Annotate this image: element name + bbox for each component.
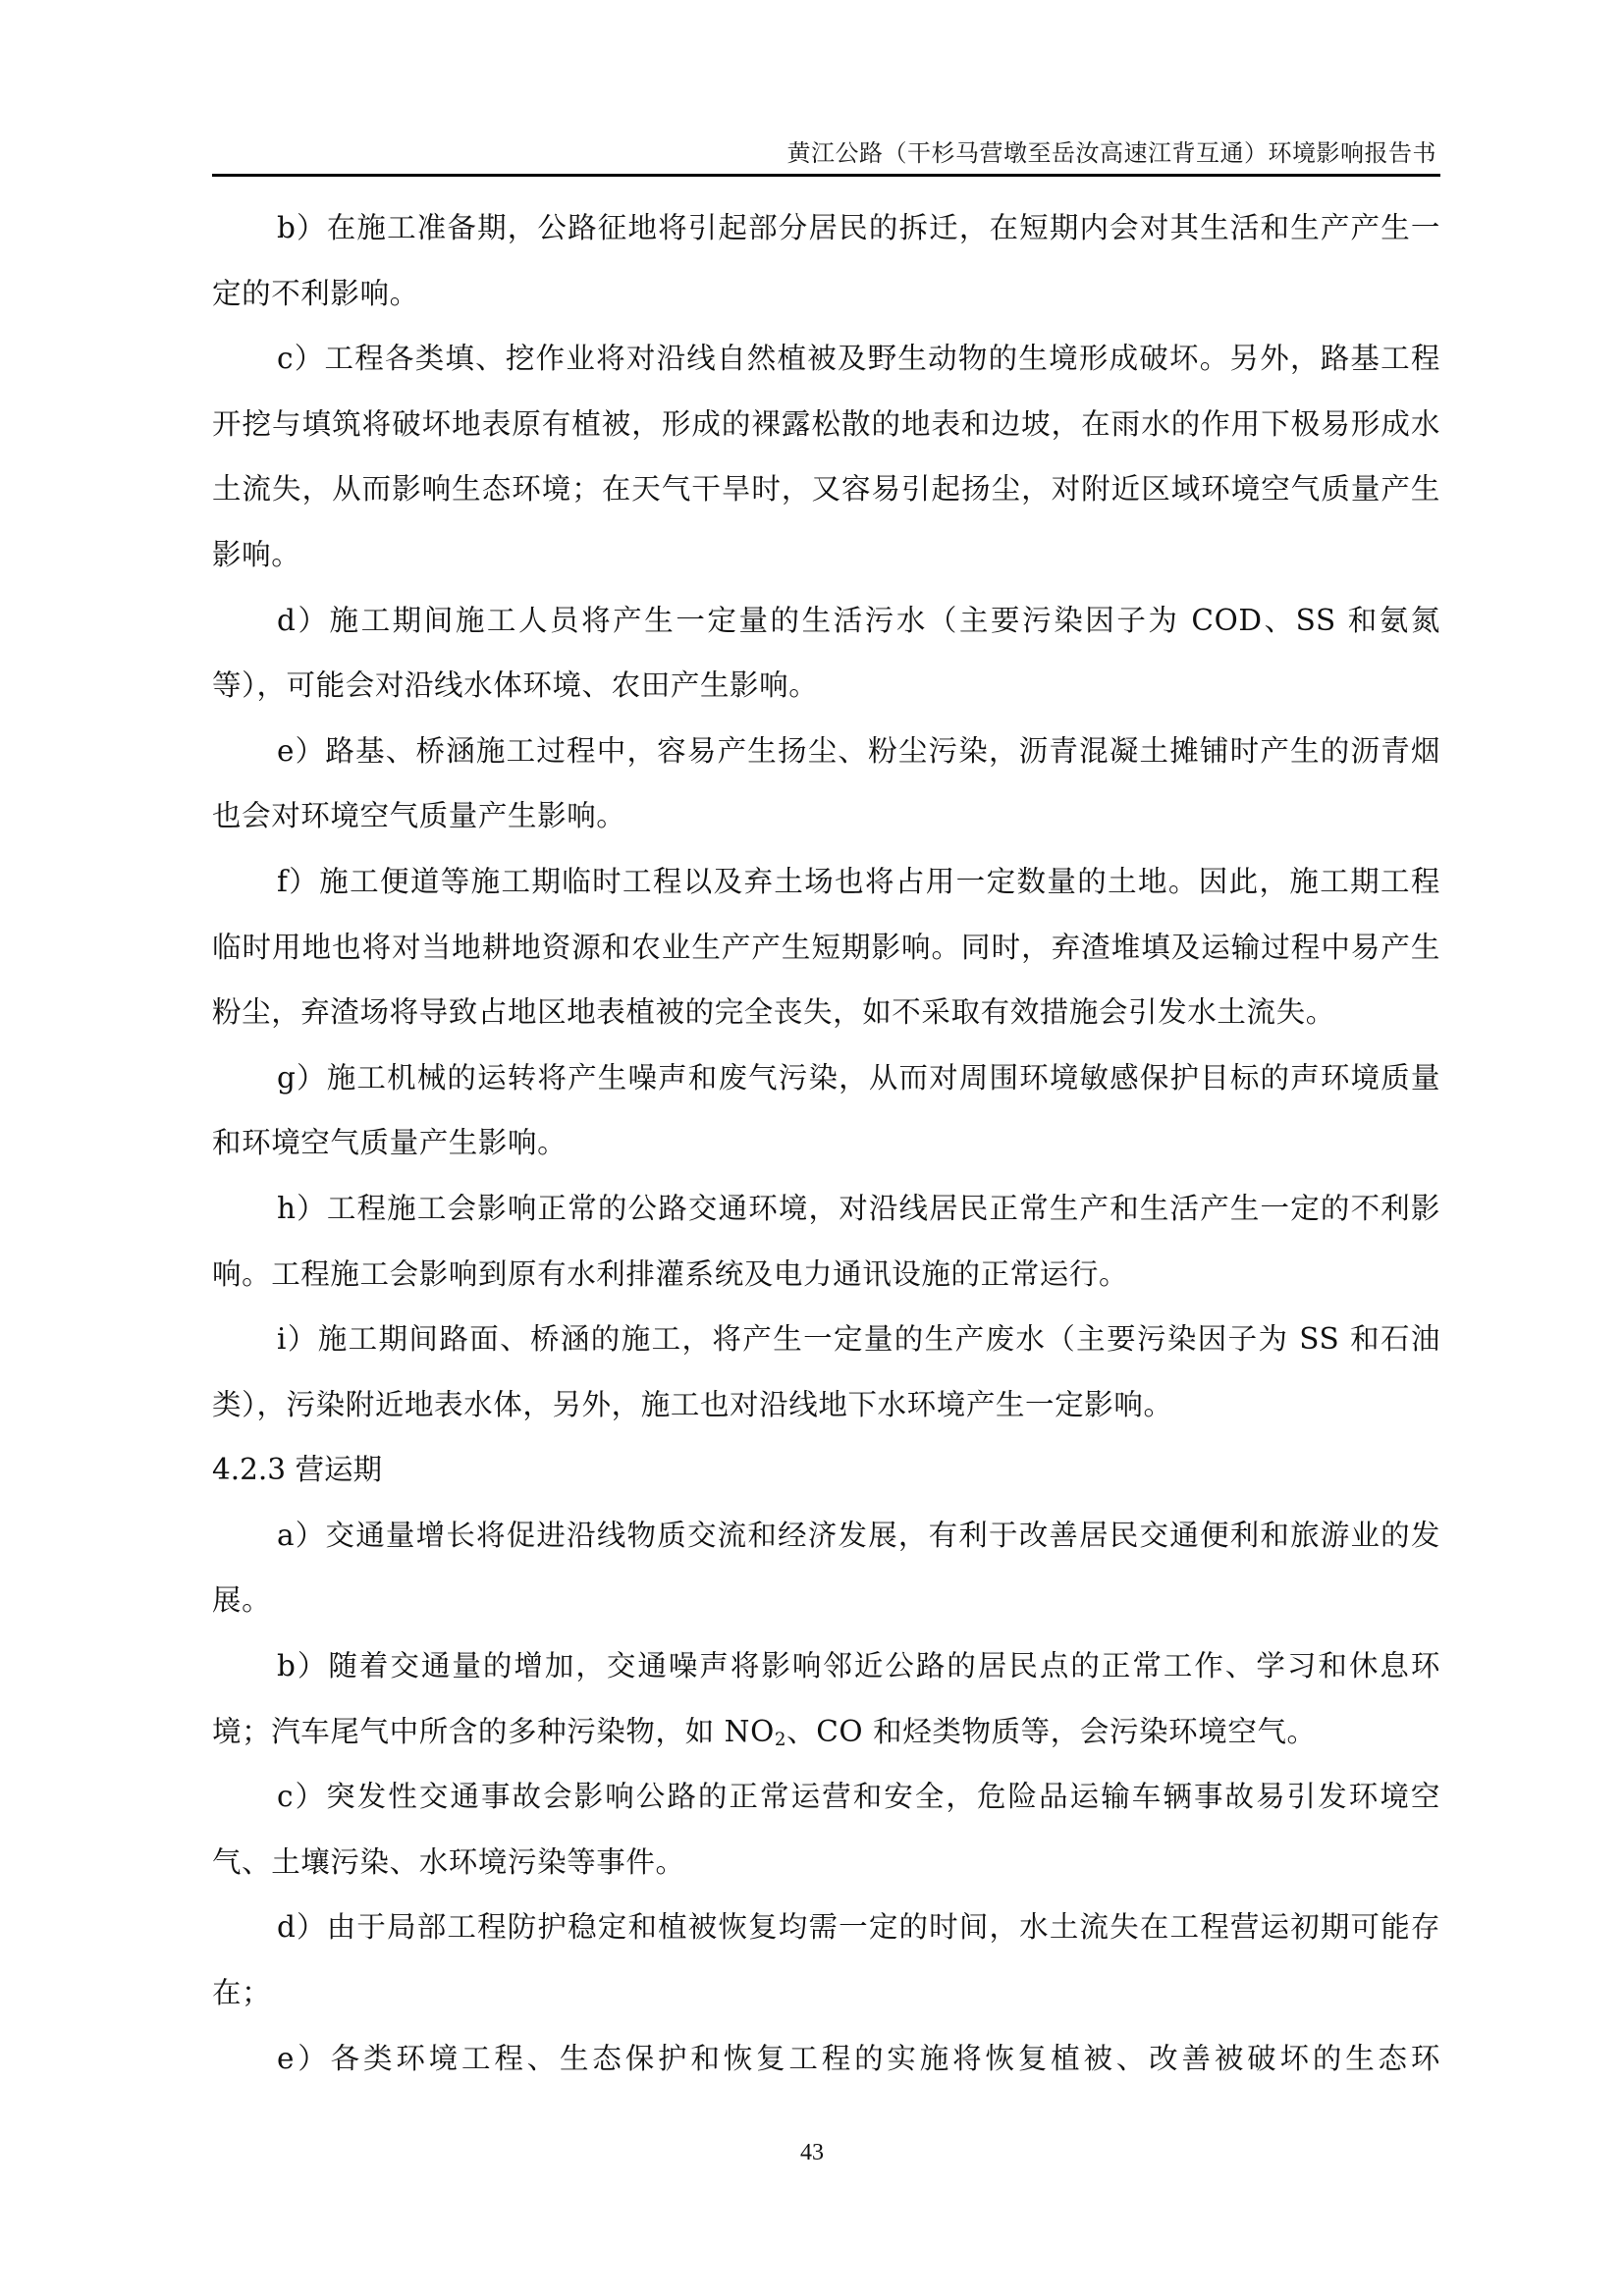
paragraph-construction-h: h）工程施工会影响正常的公路交通环境，对沿线居民正常生产和生活产生一定的不利影响… <box>212 1176 1440 1307</box>
item-text: 工程施工会影响正常的公路交通环境，对沿线居民正常生产和生活产生一定的不利影响。工… <box>212 1192 1440 1291</box>
paragraph-construction-e: e）路基、桥涵施工过程中，容易产生扬尘、粉尘污染，沥青混凝土摊铺时产生的沥青烟也… <box>212 719 1440 849</box>
item-text-continued: 、CO 和烃类物质等，会污染环境空气。 <box>786 1715 1317 1748</box>
item-label: d） <box>277 604 330 637</box>
paragraph-construction-f: f）施工便道等施工期临时工程以及弃土场也将占用一定数量的土地。因此，施工期工程临… <box>212 849 1440 1045</box>
paragraph-operation-d: d）由于局部工程防护稳定和植被恢复均需一定的时间，水土流失在工程营运初期可能存在… <box>212 1895 1440 2025</box>
paragraph-construction-g: g）施工机械的运转将产生噪声和废气污染，从而对周围环境敏感保护目标的声环境质量和… <box>212 1045 1440 1176</box>
item-label: b） <box>277 1649 328 1682</box>
section-title: 营运期 <box>295 1453 382 1486</box>
item-label: c） <box>277 1780 326 1813</box>
paragraph-operation-b: b）随着交通量的增加，交通噪声将影响邻近公路的居民点的正常工作、学习和休息环境；… <box>212 1633 1440 1764</box>
section-number: 4.2.3 <box>212 1453 286 1486</box>
item-label: i） <box>277 1322 318 1356</box>
item-text: 由于局部工程防护稳定和植被恢复均需一定的时间，水土流失在工程营运初期可能存在； <box>212 1910 1440 2009</box>
item-text: 施工便道等施工期临时工程以及弃土场也将占用一定数量的土地。因此，施工期工程临时用… <box>212 865 1440 1029</box>
item-text: 各类环境工程、生态保护和恢复工程的实施将恢复植被、改善被破坏的生态环 <box>331 2042 1440 2075</box>
paragraph-construction-i: i）施工期间路面、桥涵的施工，将产生一定量的生产废水（主要污染因子为 SS 和石… <box>212 1307 1440 1437</box>
item-label: g） <box>277 1061 327 1095</box>
paragraph-construction-d: d）施工期间施工人员将产生一定量的生活污水（主要污染因子为 COD、SS 和氨氮… <box>212 588 1440 719</box>
page-header: 黄江公路（干杉马营墩至岳汝高速江背互通）环境影响报告书 <box>212 126 1440 177</box>
item-label: c） <box>277 342 325 375</box>
item-label: a） <box>277 1519 326 1552</box>
item-text: 工程各类填、挖作业将对沿线自然植被及野生动物的生境形成破坏。另外，路基工程开挖与… <box>212 342 1440 571</box>
paragraph-construction-b: b）在施工准备期，公路征地将引起部分居民的拆迁，在短期内会对其生活和生产产生一定… <box>212 195 1440 326</box>
item-label: h） <box>277 1192 327 1225</box>
section-heading: 4.2.3 营运期 <box>212 1437 1440 1503</box>
item-label: d） <box>277 1910 327 1944</box>
item-text: 在施工准备期，公路征地将引起部分居民的拆迁，在短期内会对其生活和生产产生一定的不… <box>212 211 1440 310</box>
item-text: 施工机械的运转将产生噪声和废气污染，从而对周围环境敏感保护目标的声环境质量和环境… <box>212 1061 1440 1160</box>
item-label: e） <box>277 2042 331 2075</box>
item-label: b） <box>277 211 327 244</box>
document-title: 黄江公路（干杉马营墩至岳汝高速江背互通）环境影响报告书 <box>787 133 1437 168</box>
paragraph-construction-c: c）工程各类填、挖作业将对沿线自然植被及野生动物的生境形成破坏。另外，路基工程开… <box>212 326 1440 587</box>
page-number: 43 <box>0 2140 1624 2166</box>
item-text: 交通量增长将促进沿线物质交流和经济发展，有利于改善居民交通便利和旅游业的发展。 <box>212 1519 1440 1618</box>
paragraph-operation-e: e）各类环境工程、生态保护和恢复工程的实施将恢复植被、改善被破坏的生态环 <box>212 2026 1440 2092</box>
item-text: 施工期间路面、桥涵的施工，将产生一定量的生产废水（主要污染因子为 SS 和石油类… <box>212 1322 1440 1421</box>
paragraph-operation-c: c）突发性交通事故会影响公路的正常运营和安全，危险品运输车辆事故易引发环境空气、… <box>212 1764 1440 1895</box>
item-label: e） <box>277 734 325 768</box>
item-label: f） <box>277 865 319 898</box>
item-text: 突发性交通事故会影响公路的正常运营和安全，危险品运输车辆事故易引发环境空气、土壤… <box>212 1780 1440 1879</box>
document-body: b）在施工准备期，公路征地将引起部分居民的拆迁，在短期内会对其生活和生产产生一定… <box>212 195 1440 2091</box>
item-text: 施工期间施工人员将产生一定量的生活污水（主要污染因子为 COD、SS 和氨氮等）… <box>212 604 1440 703</box>
subscript: 2 <box>775 1730 786 1750</box>
item-text: 路基、桥涵施工过程中，容易产生扬尘、粉尘污染，沥青混凝土摊铺时产生的沥青烟也会对… <box>212 734 1440 833</box>
paragraph-operation-a: a）交通量增长将促进沿线物质交流和经济发展，有利于改善居民交通便利和旅游业的发展… <box>212 1503 1440 1633</box>
